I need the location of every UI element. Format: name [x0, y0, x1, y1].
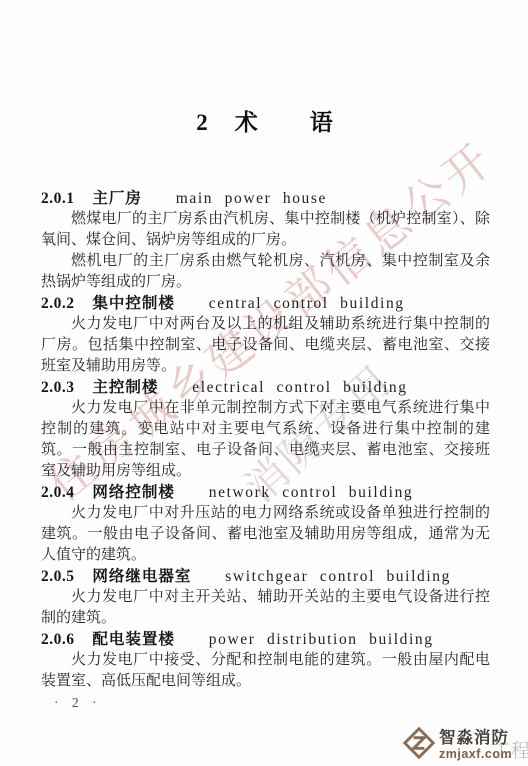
term-name-en: power distribution building: [209, 631, 434, 648]
term-id: 2.0.2: [41, 295, 75, 312]
term-id: 2.0.1: [41, 190, 75, 207]
term-definition: 燃机电厂的主厂房系由燃气轮机房、汽机房、集中控制室及余热锅炉等组成的厂房。: [41, 251, 490, 293]
term-section: 2.0.4 网络控制楼 network control building 火力发…: [41, 482, 490, 566]
term-name-en: central control building: [209, 295, 405, 312]
term-heading: 2.0.5 网络继电器室 switchgear control building: [41, 566, 490, 587]
term-name-en: main power house: [176, 190, 327, 207]
term-id: 2.0.3: [41, 379, 75, 396]
term-definition: 火力发电厂中对升压站的电力网络系统或设备单独进行控制的建筑。一般由电子设备间、蓄…: [41, 503, 490, 566]
term-section: 2.0.6 配电装置楼 power distribution building …: [41, 629, 490, 692]
brand-diamond-icon: [403, 726, 435, 765]
document-page: 住房城乡建设部信息公开 消防专用 2 术 语 2.0.1 主厂房 main po…: [0, 0, 528, 766]
term-definition: 火力发电厂中接受、分配和控制电能的建筑。一般由屋内配电装置室、高低压配电间等组成…: [41, 650, 490, 692]
term-section: 2.0.2 集中控制楼 central control building 火力发…: [41, 293, 490, 377]
term-name-en: switchgear control building: [225, 568, 451, 585]
term-name-zh: 集中控制楼: [92, 295, 175, 312]
term-name-zh: 主厂房: [92, 190, 142, 207]
brand-name: 智淼消防: [439, 730, 512, 747]
term-name-zh: 配电装置楼: [92, 631, 175, 648]
brand-text: 智淼消防 zmjaxf.com: [439, 730, 512, 761]
term-heading: 2.0.3 主控制楼 electrical control building: [41, 377, 490, 398]
brand-website: zmjaxf.com: [439, 748, 512, 761]
term-name-en: network control building: [209, 484, 414, 501]
term-heading: 2.0.1 主厂房 main power house: [41, 188, 490, 209]
term-name-zh: 网络控制楼: [92, 484, 175, 501]
term-id: 2.0.6: [41, 631, 75, 648]
terminology-sections: 2.0.1 主厂房 main power house 燃煤电厂的主厂房系由汽机房…: [41, 188, 490, 692]
term-heading: 2.0.2 集中控制楼 central control building: [41, 293, 490, 314]
chapter-title: 2 术 语: [41, 0, 490, 134]
brand-stamp: 智淼消防 zmjaxf.com: [403, 726, 512, 765]
term-heading: 2.0.6 配电装置楼 power distribution building: [41, 629, 490, 650]
term-section: 2.0.3 主控制楼 electrical control building 火…: [41, 377, 490, 482]
page-content: 2 术 语 2.0.1 主厂房 main power house 燃煤电厂的主厂…: [41, 0, 490, 692]
term-section: 2.0.1 主厂房 main power house 燃煤电厂的主厂房系由汽机房…: [41, 188, 490, 293]
term-definition: 火力发电厂中对主开关站、辅助开关站的主要电气设备进行控制的建筑。: [41, 587, 490, 629]
term-section: 2.0.5 网络继电器室 switchgear control building…: [41, 566, 490, 629]
term-definition: 火力发电厂中在非单元制控制方式下对主要电气系统进行集中控制的建筑。变电站中对主要…: [41, 398, 490, 482]
term-id: 2.0.5: [41, 568, 75, 585]
term-definition: 燃煤电厂的主厂房系由汽机房、集中控制楼（机炉控制室）、除氧间、煤仓间、锅炉房等组…: [41, 209, 490, 251]
term-definition: 火力发电厂中对两台及以上的机组及辅助系统进行集中控制的厂房。包括集中控制室、电子…: [41, 314, 490, 377]
term-name-en: electrical control building: [192, 379, 407, 396]
term-name-zh: 主控制楼: [92, 379, 158, 396]
term-name-zh: 网络继电器室: [92, 568, 191, 585]
page-number: · 2 ·: [54, 695, 102, 711]
term-id: 2.0.4: [41, 484, 75, 501]
term-heading: 2.0.4 网络控制楼 network control building: [41, 482, 490, 503]
